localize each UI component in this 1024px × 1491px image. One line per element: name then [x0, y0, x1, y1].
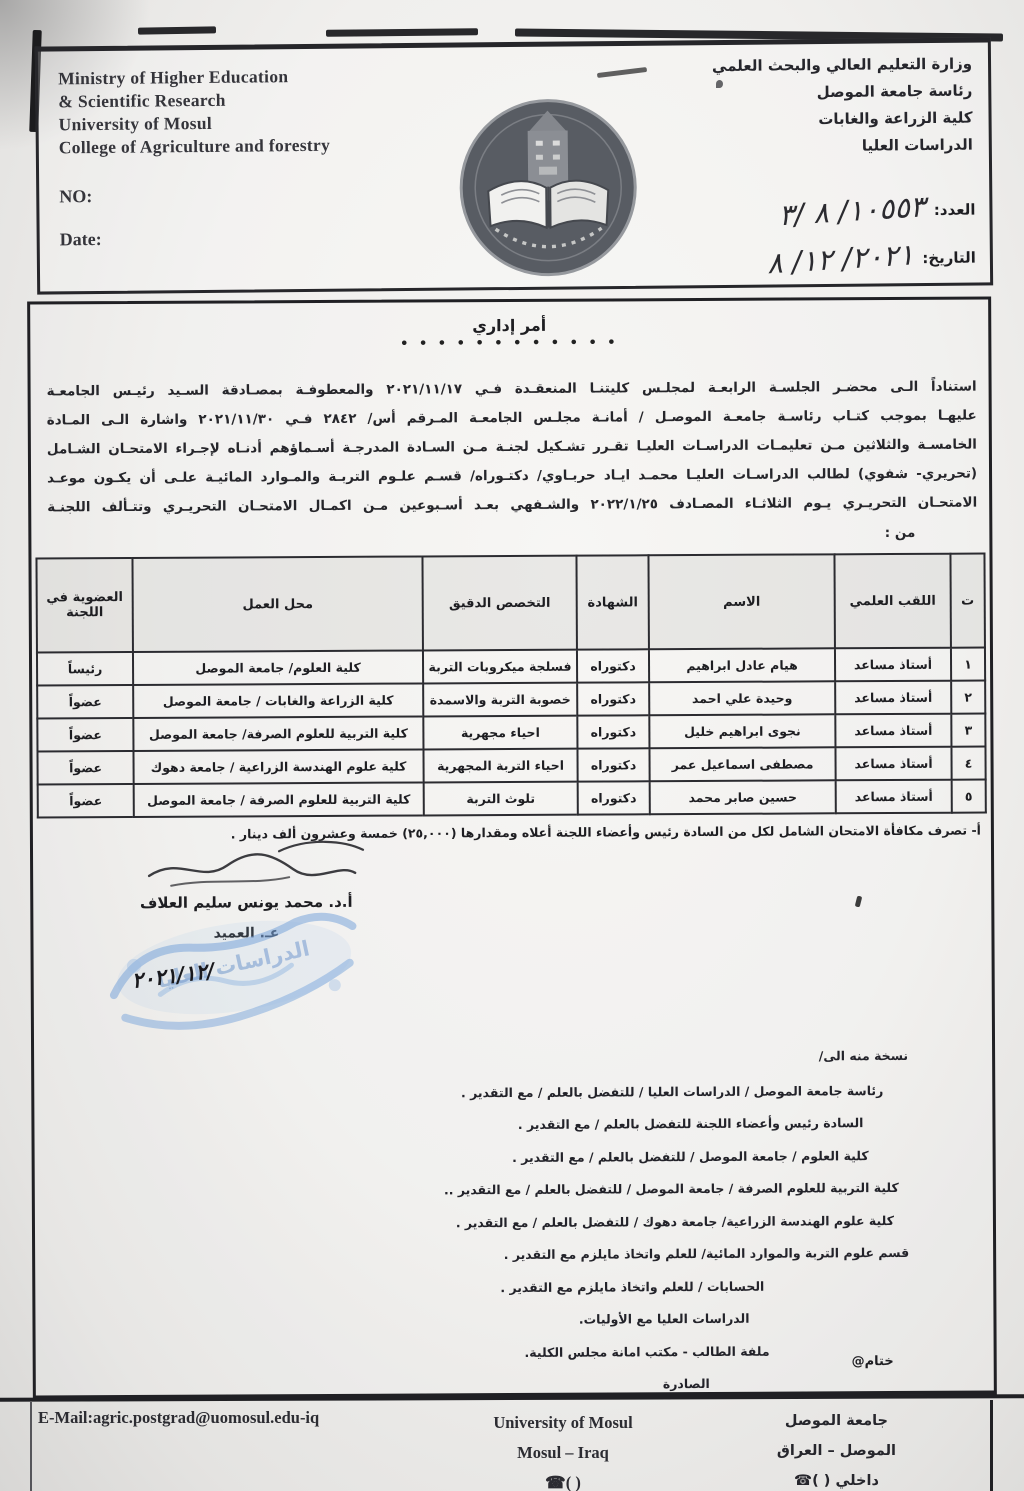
table-row: ٥ أستاذ مساعد حسين صابر محمد دكتوراه تلو… [38, 780, 986, 818]
scanned-document-page: Ministry of Higher Education & Scientifi… [0, 0, 1024, 1491]
footer-right-border [990, 1400, 993, 1491]
signatory-role: عـ. العميد [91, 925, 401, 943]
distribution-item: الحسابات / للعلم واتخاذ مايلزم مع التقدي… [444, 1270, 764, 1304]
col-header-membership: العضوية في اللجنة [36, 558, 132, 653]
cell-academic-title: أستاذ مساعد [835, 747, 951, 781]
distribution-list: نسخة منه الى/ رئاسة جامعة الموصل / الدرا… [443, 1040, 910, 1402]
cell-seq: ٢ [951, 681, 985, 714]
cell-degree: دكتوراه [577, 649, 649, 682]
cell-degree: دكتوراه [577, 715, 649, 748]
table-row: ١ أستاذ مساعد هيام عادل ابراهيم دكتوراه … [37, 648, 985, 686]
table-row: ٢ أستاذ مساعد وحيدة علي احمد دكتوراه خصو… [37, 681, 985, 719]
ministry-line-en: Ministry of Higher Education [58, 65, 330, 91]
cell-degree: دكتوراه [578, 781, 650, 814]
col-header-degree: الشهادة [576, 555, 648, 649]
cell-degree: دكتوراه [577, 682, 649, 715]
order-paragraph: استناداً الـى محضـر الجلسـة الرابعـة لمج… [47, 373, 978, 553]
reference-number-value: ١٠٥٥٣/ ٨ /٣ [778, 189, 927, 232]
scientific-research-line-en: & Scientific Research [58, 88, 330, 114]
cell-membership: عضواً [37, 751, 133, 785]
distribution-item: كلية علوم الهندسة الزراعية/ جامعة دهوك /… [444, 1205, 894, 1240]
footer-email: E-Mail:agric.postgrad@uomosul.edu-iq [38, 1408, 319, 1428]
graduate-studies-line-ar: الدراسات العليا [713, 132, 973, 161]
table-header-row: ت اللقب العلمي الاسم الشهادة التخصص الدق… [36, 554, 984, 653]
reference-date-label: التاريخ: [922, 249, 976, 268]
college-line-ar: كلية الزراعة والغابات [712, 105, 972, 134]
table-row: ٤ أستاذ مساعد مصطفى اسماعيل عمر دكتوراه … [37, 747, 985, 785]
distribution-heading: نسخة منه الى/ [443, 1040, 908, 1075]
cell-name: وحيدة علي احمد [649, 681, 835, 715]
ministry-line-ar: وزارة التعليم العالي والبحث العلمي [712, 51, 972, 80]
cell-name: نجوى ابراهيم خليل [649, 714, 835, 748]
distribution-item: الدراسات العليا مع الأوليات. [445, 1303, 750, 1337]
col-header-seq: ت [950, 554, 984, 648]
cell-degree: دكتوراه [577, 748, 649, 781]
english-letterhead: Ministry of Higher Education & Scientifi… [58, 65, 330, 160]
university-seal-logo [456, 96, 640, 280]
cell-workplace: كلية التربية للعلوم الصرفة/ جامعة الموصل [133, 716, 423, 751]
phone-icon: ☎( ) [428, 1468, 698, 1491]
cell-name: حسين صابر محمد [650, 780, 836, 814]
cell-membership: عضواً [37, 685, 133, 719]
distribution-item: رئاسة جامعة الموصل / الدراسات العليا / ل… [443, 1075, 883, 1110]
committee-table: ت اللقب العلمي الاسم الشهادة التخصص الدق… [35, 553, 986, 819]
cell-specialization: فسلجة ميكروبات التربة [423, 650, 577, 684]
col-header-specialization: التخصص الدقيق [422, 556, 576, 651]
footer-city-en: Mosul – Iraq [428, 1438, 698, 1468]
reference-date-line: التاريخ: ٢٠٢١/ ١٢/ ٨ [767, 241, 976, 277]
order-body-box: أمر إداري • • • • • • • • • • • • استناد… [27, 296, 997, 1399]
signatory-name: أ.د. محمد يونس سليم العلاف [91, 893, 401, 913]
handwritten-signature [131, 835, 371, 894]
university-presidency-line-ar: رئاسة جامعة الموصل [712, 78, 972, 107]
footer-university-en: University of Mosul [428, 1408, 698, 1438]
handwritten-date: ٢٠٢١/١٢/ [130, 959, 215, 993]
phone-icon: ☎( ) داخلي [777, 1466, 896, 1491]
cell-workplace: كلية التربية للعلوم الصرفة / جامعة الموص… [134, 782, 424, 817]
reference-number-line: العدد: ١٠٥٥٣/ ٨ /٣ [779, 193, 976, 229]
cell-seq: ٤ [951, 747, 985, 780]
distribution-item: قسم علوم التربة والموارد المائية/ للعلم … [444, 1237, 909, 1272]
col-header-academic-title: اللقب العلمي [834, 554, 950, 649]
cell-academic-title: أستاذ مساعد [835, 648, 951, 682]
distribution-item: كلية العلوم / جامعة الموصل / للتفضل بالع… [444, 1140, 869, 1175]
footer-right-block: جامعة الموصل الموصل – العراق ☎( ) داخلي [777, 1406, 896, 1491]
university-line-en: University of Mosul [58, 111, 330, 137]
no-label: NO: [59, 186, 92, 207]
reference-number-label: العدد: [934, 201, 976, 219]
footer-center-block: University of Mosul Mosul – Iraq ☎( ) [428, 1408, 698, 1491]
cell-seq: ٥ [952, 780, 986, 813]
footer-university-ar: جامعة الموصل [777, 1406, 896, 1436]
cell-workplace: كلية علوم الهندسة الزراعية / جامعة دهوك [133, 749, 423, 784]
cell-membership: عضواً [37, 718, 133, 752]
signature-block: أ.د. محمد يونس سليم العلاف عـ. العميد ال… [91, 845, 401, 943]
scan-artifact [138, 26, 216, 34]
cell-specialization: احياء مجهرية [423, 716, 577, 750]
arabic-letterhead: وزارة التعليم العالي والبحث العلمي رئاسة… [712, 51, 973, 161]
col-header-workplace: محل العمل [132, 556, 422, 652]
cell-membership: عضواً [38, 784, 134, 818]
college-line-en: College of Agriculture and forestry [59, 134, 331, 160]
cell-name: هيام عادل ابراهيم [649, 648, 835, 682]
date-label: Date: [60, 229, 102, 250]
distribution-item: كلية التربية للعلوم الصرفة / جامعة الموص… [444, 1172, 899, 1207]
distribution-item: ملفة الطالب - مكتب امانة مجلس الكلية. [445, 1335, 770, 1369]
cell-specialization: احياء التربة المجهرية [423, 749, 577, 783]
letterhead-box: Ministry of Higher Education & Scientifi… [35, 37, 993, 294]
reference-date-value: ٢٠٢١/ ١٢/ ٨ [766, 237, 915, 280]
cell-seq: ١ [951, 648, 985, 681]
cell-academic-title: أستاذ مساعد [835, 714, 951, 748]
cell-specialization: خصوبة التربة والاسمدة [423, 683, 577, 717]
paragraph-tail: من : [47, 519, 915, 553]
paragraph-line: الامتحـان التحريـري يـوم الثلاثـاء المصـ… [47, 489, 977, 523]
cell-workplace: كلية العلوم/ جامعة الموصل [133, 650, 423, 685]
scan-artifact [326, 28, 478, 37]
cell-membership: رئيساً [37, 652, 133, 686]
typist-initials: ختام@ [852, 1354, 894, 1369]
cell-academic-title: أستاذ مساعد [836, 780, 952, 814]
cell-name: مصطفى اسماعيل عمر [649, 747, 835, 781]
table-row: ٣ أستاذ مساعد نجوى ابراهيم خليل دكتوراه … [37, 714, 985, 752]
cell-academic-title: أستاذ مساعد [835, 681, 951, 715]
cell-workplace: كلية الزراعة والغابات / جامعة الموصل [133, 683, 423, 718]
col-header-name: الاسم [648, 554, 834, 649]
cell-seq: ٣ [951, 714, 985, 747]
footer-city-ar: الموصل – العراق [777, 1436, 896, 1466]
footer-left-border [30, 1402, 32, 1491]
distribution-item: السادة رئيس وأعضاء اللجنة للتفضل بالعلم … [444, 1107, 864, 1142]
cell-specialization: تلوث التربة [424, 782, 578, 816]
